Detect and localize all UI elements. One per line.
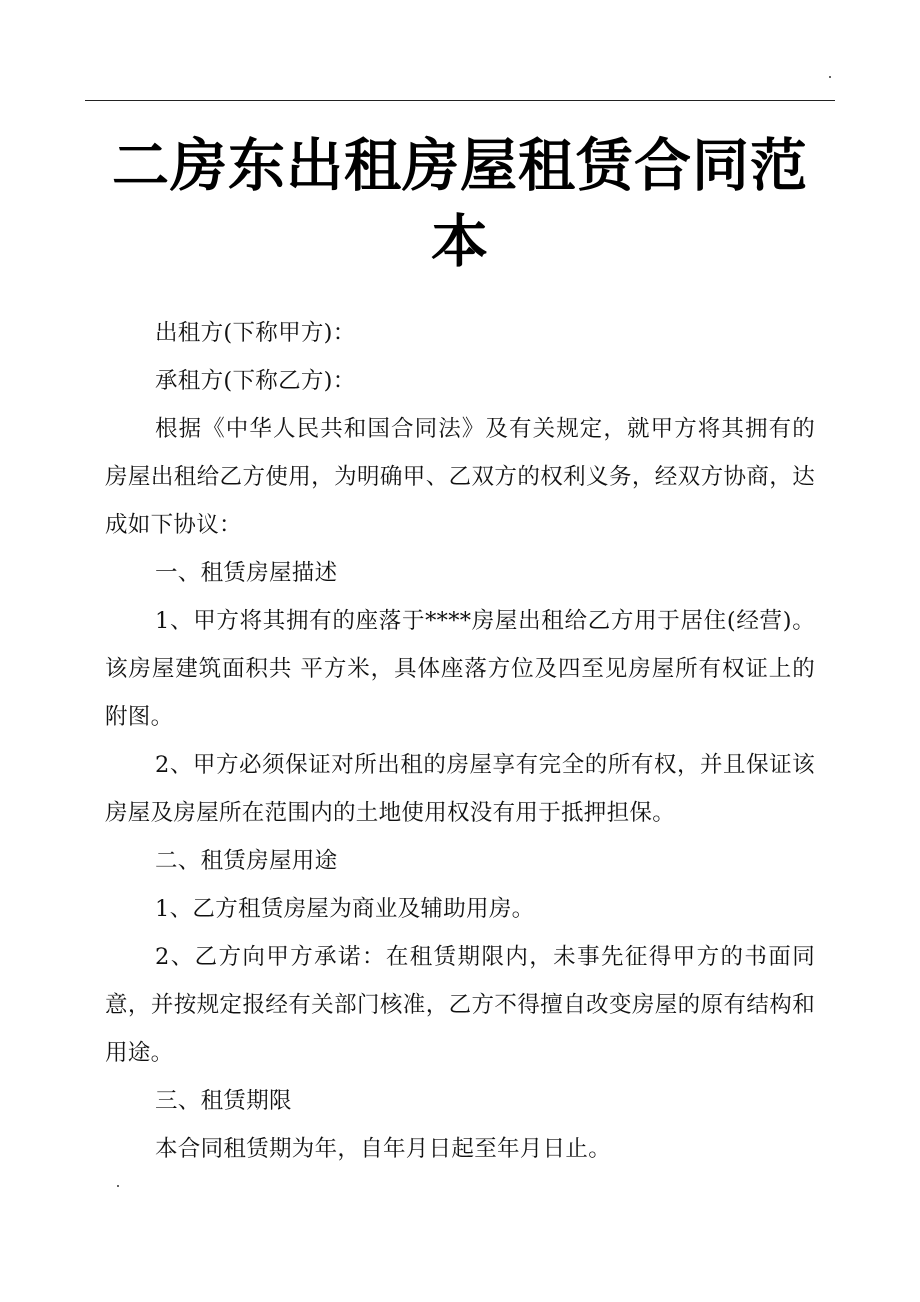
- header-dot-mark: [829, 76, 831, 78]
- lessee-line: 承租方(下称乙方)：: [105, 357, 815, 405]
- section-heading-3: 三、租赁期限: [105, 1077, 815, 1125]
- section-heading-1: 一、租赁房屋描述: [105, 549, 815, 597]
- section-heading-2: 二、租赁房屋用途: [105, 837, 815, 885]
- clause-1-1: 1、甲方将其拥有的座落于****房屋出租给乙方用于居住(经营)。该房屋建筑面积共…: [105, 597, 815, 741]
- footer-dot-mark: [117, 1185, 119, 1187]
- preamble-paragraph: 根据《中华人民共和国合同法》及有关规定，就甲方将其拥有的房屋出租给乙方使用，为明…: [105, 405, 815, 549]
- clause-2-1: 1、乙方租赁房屋为商业及辅助用房。: [105, 885, 815, 933]
- header-rule: [85, 100, 835, 101]
- clause-1-2: 2、甲方必须保证对所出租的房屋享有完全的所有权，并且保证该房屋及房屋所在范围内的…: [105, 741, 815, 837]
- clause-2-2: 2、乙方向甲方承诺：在租赁期限内，未事先征得甲方的书面同意，并按规定报经有关部门…: [105, 933, 815, 1077]
- document-title: 二房东出租房屋租赁合同范本: [105, 128, 815, 280]
- lessor-line: 出租方(下称甲方)：: [105, 309, 815, 357]
- clause-3-1: 本合同租赁期为年，自年月日起至年月日止。: [105, 1125, 815, 1173]
- document-body: 出租方(下称甲方)： 承租方(下称乙方)： 根据《中华人民共和国合同法》及有关规…: [105, 309, 815, 1173]
